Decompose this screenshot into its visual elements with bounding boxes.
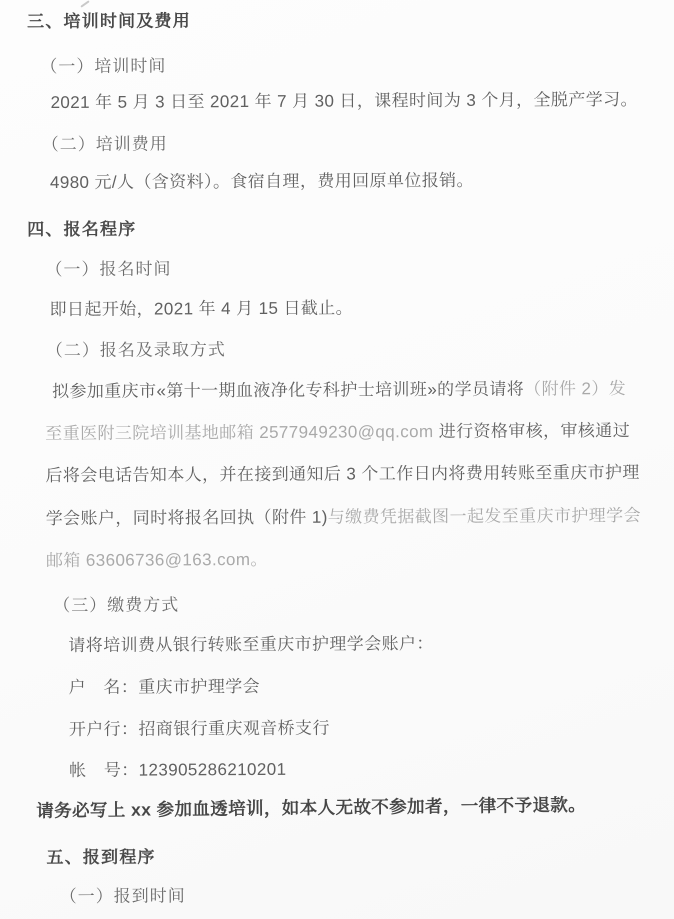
heading-checkin-procedure: 五、报到程序 bbox=[46, 848, 155, 868]
account-number-value: 帐 号：123905286210201 bbox=[69, 760, 287, 780]
item-label: （三）缴费方式 bbox=[53, 595, 179, 615]
bank-branch-value: 开户行：招商银行重庆观音桥支行 bbox=[69, 719, 330, 739]
item-label: （一）培训时间 bbox=[40, 56, 166, 76]
para-text: 即日起开始，2021 年 4 月 15 日截止。 bbox=[50, 298, 354, 319]
item-training-fee: （二）培训费用 bbox=[42, 134, 168, 154]
document-sheet: 三、培训时间及费用 （一）培训时间 2021 年 5 月 3 日至 2021 年… bbox=[0, 0, 674, 919]
para-text: 学会账户，同时将报名回执（附件 1) bbox=[46, 508, 328, 528]
para-apply-line-4: 学会账户，同时将报名回执（附件 1)与缴费凭据截图一起发至重庆市护理学会 bbox=[46, 506, 641, 528]
account-name-value: 户 名：重庆市护理学会 bbox=[69, 677, 261, 697]
para-text: 4980 元/人（含资料）。食宿自理，费用回原单位报销。 bbox=[50, 171, 474, 192]
para-payment-intro: 请将培训费从银行转账至重庆市护理学会账户： bbox=[68, 634, 434, 655]
heading-text: 四、报名程序 bbox=[27, 220, 136, 240]
item-checkin-time: （一）报到时间 bbox=[60, 886, 186, 906]
para-apply-line-3: 后将会电话告知本人，并在接到通知后 3 个工作日内将费用转账至重庆市护理 bbox=[45, 463, 639, 485]
item-label: （一）报到时间 bbox=[60, 886, 186, 906]
para-training-dates: 2021 年 5 月 3 日至 2021 年 7 月 30 日，课程时间为 3 … bbox=[50, 90, 637, 112]
para-text-light: 与缴费凭据截图一起发至重庆市护理学会 bbox=[328, 506, 641, 527]
para-fee-detail: 4980 元/人（含资料）。食宿自理，费用回原单位报销。 bbox=[50, 171, 474, 192]
heading-training-time-and-fee: 三、培训时间及费用 bbox=[27, 11, 191, 31]
para-account-name: 户 名：重庆市护理学会 bbox=[69, 677, 261, 697]
para-text: 2021 年 5 月 3 日至 2021 年 7 月 30 日，课程时间为 3 … bbox=[50, 90, 637, 112]
item-training-time: （一）培训时间 bbox=[40, 56, 166, 76]
item-label: （一）报名时间 bbox=[45, 259, 171, 279]
item-payment-method: （三）缴费方式 bbox=[53, 595, 179, 615]
item-label: （二）报名及录取方式 bbox=[46, 340, 226, 360]
heading-registration-procedure: 四、报名程序 bbox=[27, 220, 136, 240]
para-bank-branch: 开户行：招商银行重庆观音桥支行 bbox=[69, 719, 330, 739]
para-apply-line-1: 拟参加重庆市«第十一期血液净化专科护士培训班»的学员请将（附件 2）发 bbox=[52, 379, 626, 401]
para-text-light: 至重医附三院培训基地邮箱 2577949230@qq.com bbox=[45, 422, 439, 443]
para-text: 请将培训费从银行转账至重庆市护理学会账户： bbox=[68, 634, 434, 655]
para-text: 后将会电话告知本人，并在接到通知后 3 个工作日内将费用转账至重庆市护理 bbox=[45, 463, 639, 485]
item-registration-time: （一）报名时间 bbox=[45, 259, 171, 279]
item-registration-method: （二）报名及录取方式 bbox=[46, 340, 226, 360]
heading-text: 三、培训时间及费用 bbox=[27, 11, 191, 31]
para-text-light: （附件 2）发 bbox=[524, 379, 626, 399]
scanned-document-page: 三、培训时间及费用 （一）培训时间 2021 年 5 月 3 日至 2021 年… bbox=[0, 0, 674, 919]
para-text: 拟参加重庆市«第十一期血液净化专科护士培训班»的学员请将 bbox=[52, 380, 524, 401]
para-text: 进行资格审核，审核通过 bbox=[439, 421, 631, 441]
note-text: 请务必写上 xx 参加血透培训，如本人无故不参加者，一律不予退款。 bbox=[36, 795, 586, 821]
para-apply-line-2: 至重医附三院培训基地邮箱 2577949230@qq.com 进行资格审核，审核… bbox=[45, 421, 630, 443]
item-label: （二）培训费用 bbox=[42, 134, 168, 154]
note-payment-remark: 请务必写上 xx 参加血透培训，如本人无故不参加者，一律不予退款。 bbox=[36, 796, 586, 821]
para-apply-line-5: 邮箱 63606736@163.com。 bbox=[46, 550, 268, 570]
para-registration-deadline: 即日起开始，2021 年 4 月 15 日截止。 bbox=[50, 298, 354, 319]
para-account-number: 帐 号：123905286210201 bbox=[69, 760, 287, 780]
para-text-light: 邮箱 63606736@163.com。 bbox=[46, 550, 268, 570]
heading-text: 五、报到程序 bbox=[46, 848, 155, 868]
